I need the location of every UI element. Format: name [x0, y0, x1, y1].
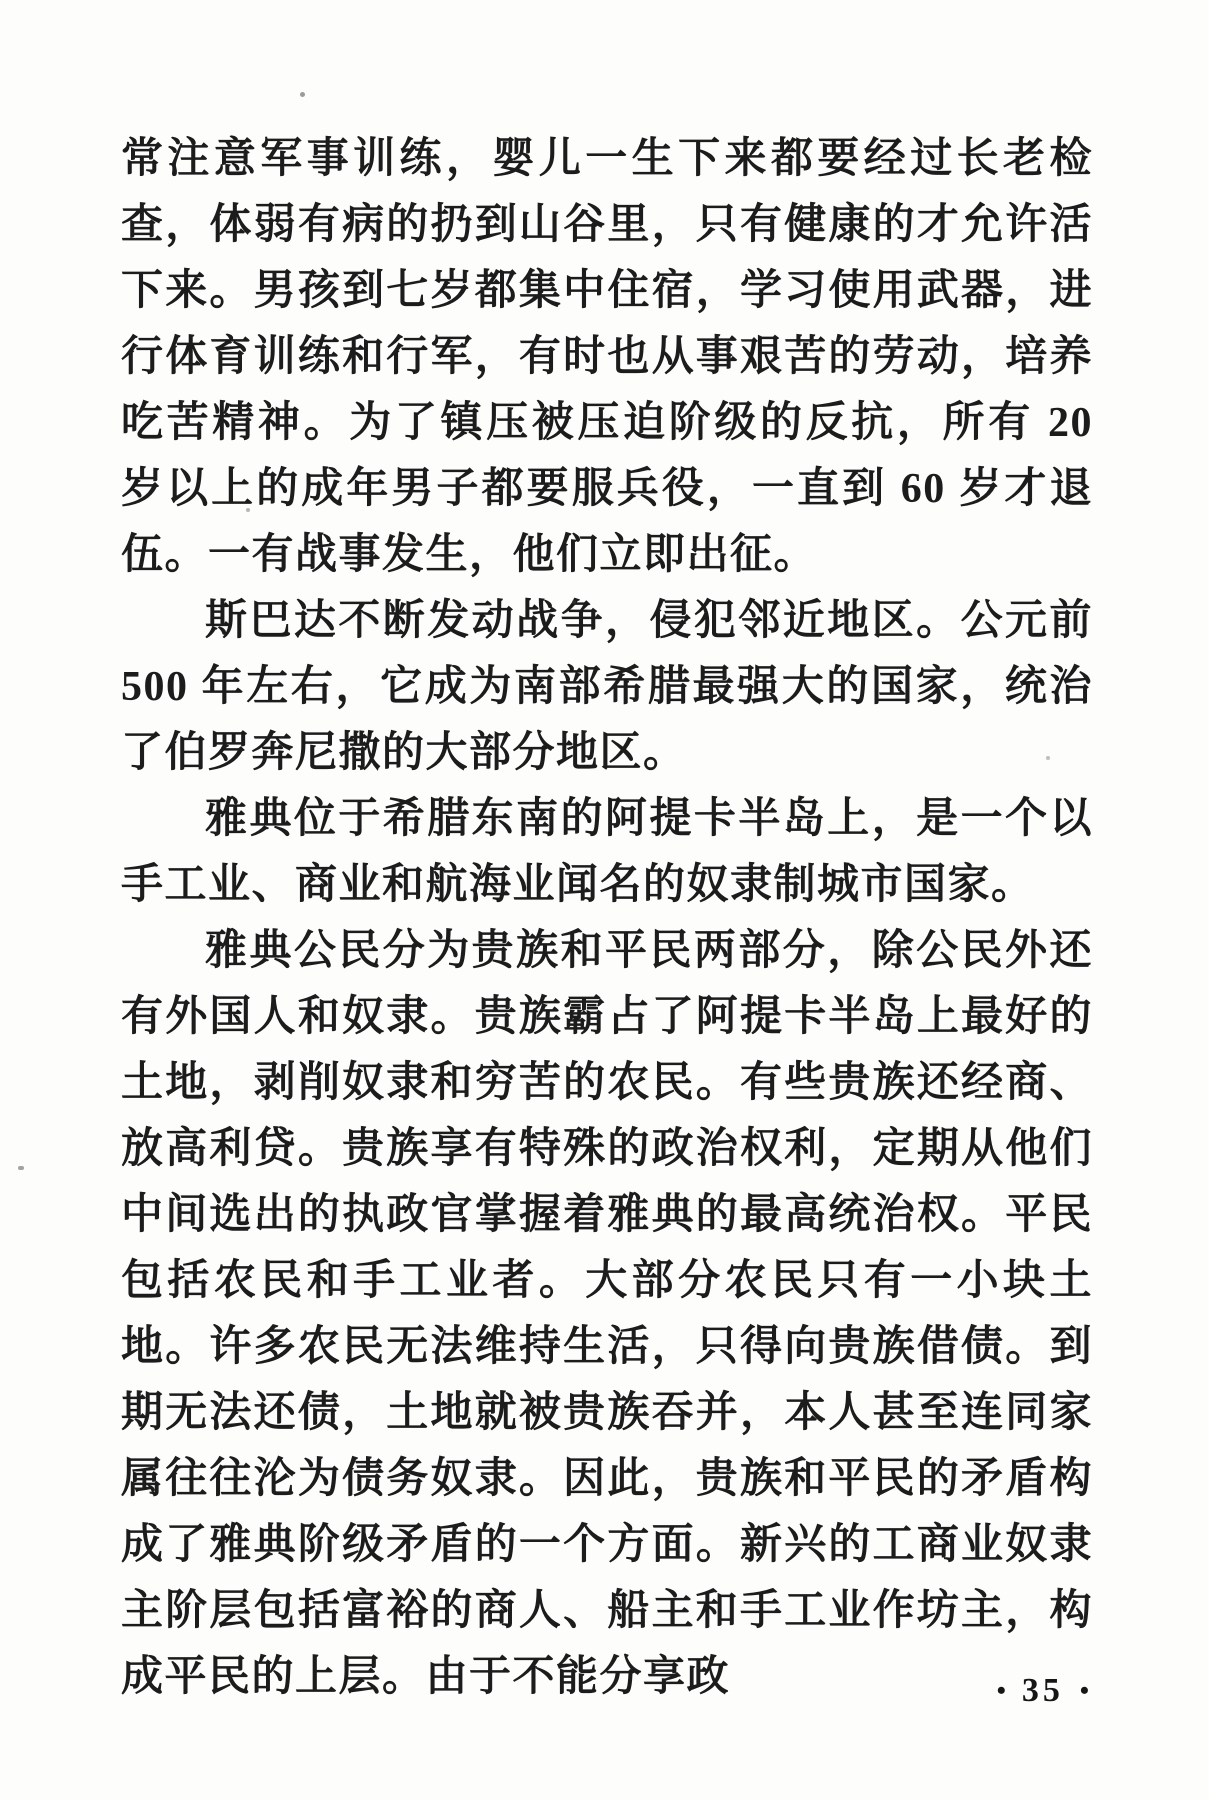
scan-speck — [1046, 756, 1050, 760]
scan-speck — [18, 1166, 24, 1170]
footer-dot: • — [997, 1678, 1006, 1704]
paragraph: 雅典位于希腊东南的阿提卡半岛上，是一个以手工业、商业和航海业闻名的奴隶制城市国家… — [121, 786, 1093, 918]
page-footer: • 35 • — [997, 1674, 1089, 1708]
scan-speck — [300, 92, 305, 97]
page-text: 常注意军事训练，婴儿一生下来都要经过长老检查，体弱有病的扔到山谷里，只有健康的才… — [121, 126, 1093, 1710]
book-page: 常注意军事训练，婴儿一生下来都要经过长老检查，体弱有病的扔到山谷里，只有健康的才… — [0, 0, 1209, 1800]
scan-speck — [572, 600, 576, 604]
page-number: 35 — [1022, 1674, 1064, 1708]
paragraph: 雅典公民分为贵族和平民两部分，除公民外还有外国人和奴隶。贵族霸占了阿提卡半岛上最… — [121, 918, 1093, 1710]
scan-speck — [246, 508, 250, 512]
paragraph: 斯巴达不断发动战争，侵犯邻近地区。公元前 500 年左右，它成为南部希腊最强大的… — [121, 588, 1093, 786]
paragraph: 常注意军事训练，婴儿一生下来都要经过长老检查，体弱有病的扔到山谷里，只有健康的才… — [121, 126, 1093, 588]
footer-dot: • — [1080, 1678, 1089, 1704]
